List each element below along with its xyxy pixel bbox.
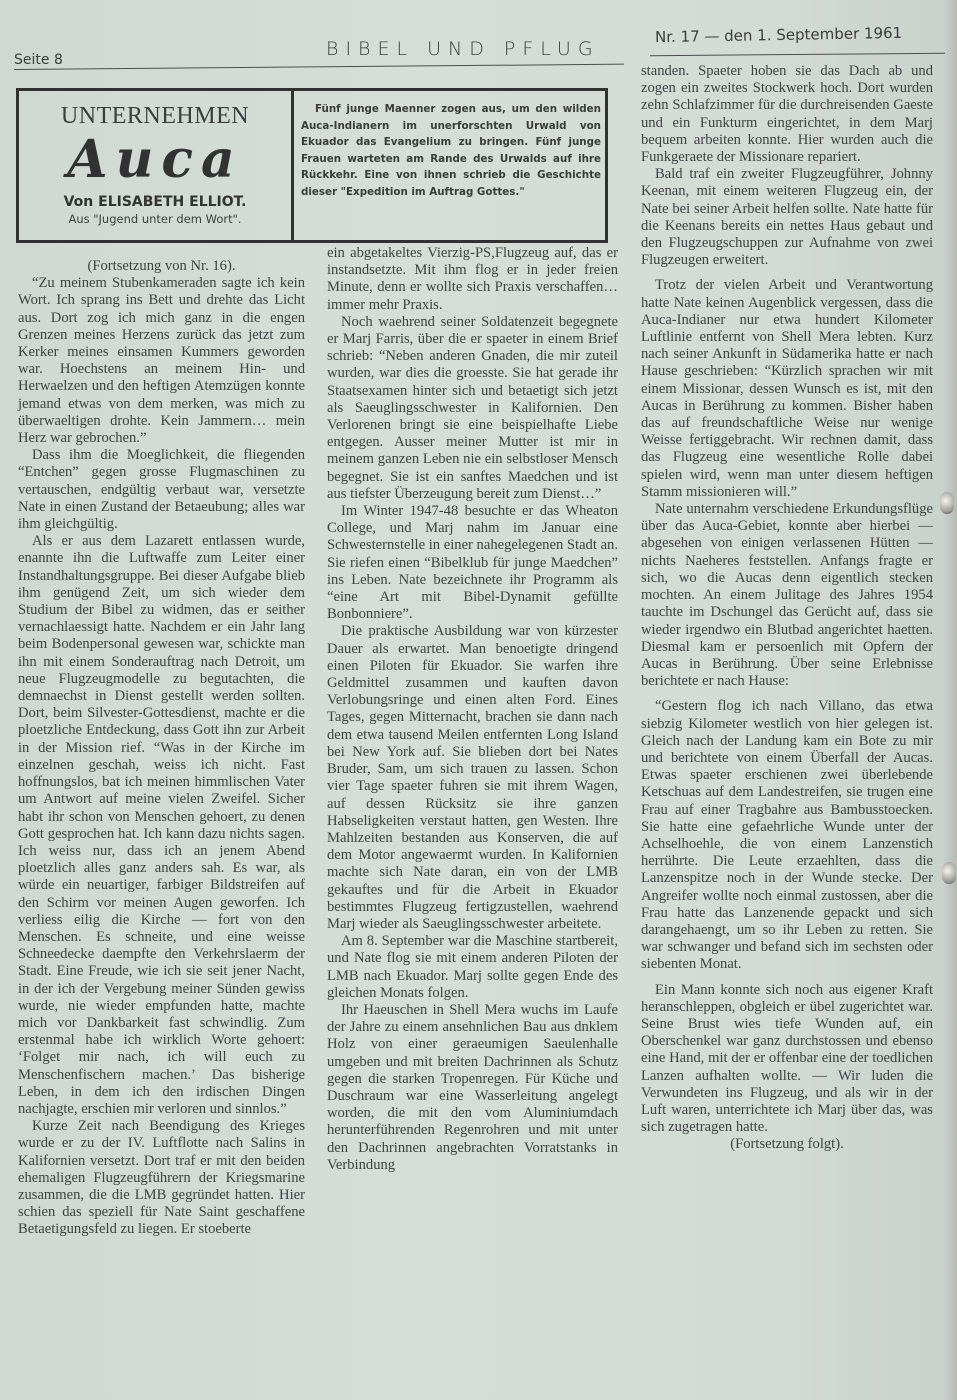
paragraph: Kurze Zeit nach Beendigung des Krieges w… [18, 1118, 305, 1238]
paragraph: Als er aus dem Lazarett entlassen wurde,… [18, 533, 305, 1118]
paragraph: Noch waehrend seiner Soldatenzeit begegn… [327, 314, 618, 503]
paragraph: Die praktische Ausbildung war von kürzes… [327, 623, 618, 933]
newspaper-page: Seite 8 BIBEL UND PFLUG Nr. 17 — den 1. … [0, 0, 957, 1400]
column-1: (Fortsetzung von Nr. 16). “Zu meinem Stu… [18, 258, 305, 1239]
paragraph: Im Winter 1947-48 besuchte er das Wheato… [327, 503, 618, 623]
header-rule-right [650, 53, 945, 57]
continuation-note: (Fortsetzung von Nr. 16). [18, 258, 305, 275]
quoted-paragraph: “Gestern flog ich nach Villano, das etwa… [641, 698, 933, 973]
paragraph: ein abgetakeltes Vierzig-PS,Flugzeug auf… [327, 245, 618, 314]
article-title-box: UNTERNEHMEN Auca Von ELISABETH ELLIOT. A… [16, 88, 608, 243]
page-edge-shadow [943, 0, 957, 1400]
article-summary: Fünf junge Maenner zogen aus, um den wil… [301, 91, 601, 200]
paragraph: Bald traf ein zweiter Flugzeugführer, Jo… [641, 166, 933, 269]
column-2: ein abgetakeltes Vierzig-PS,Flugzeug auf… [327, 245, 618, 1174]
paragraph: “Zu meinem Stubenkameraden sagte ich kei… [18, 275, 305, 447]
author-byline: Von ELISABETH ELLIOT. [19, 194, 291, 210]
binding-hole-icon [940, 492, 954, 514]
box-divider [291, 91, 294, 240]
paragraph: Nate unternahm verschiedene Erkundungsfl… [641, 501, 933, 690]
column-3: standen. Spaeter hoben sie das Dach ab u… [641, 63, 933, 1154]
article-title: Auca [19, 132, 291, 188]
issue-date: Nr. 17 — den 1. September 1961 [655, 24, 902, 46]
paragraph: standen. Spaeter hoben sie das Dach ab u… [641, 63, 933, 166]
paragraph: Dass ihm die Moeglichkeit, die fliegende… [18, 447, 305, 533]
binding-hole-icon [942, 862, 956, 884]
title-block: UNTERNEHMEN Auca Von ELISABETH ELLIOT. A… [19, 91, 291, 240]
page-number: Seite 8 [14, 52, 63, 68]
paragraph: Ihr Haeuschen in Shell Mera wuchs im Lau… [327, 1002, 618, 1174]
publication-title: BIBEL UND PFLUG [326, 38, 600, 60]
paragraph: Ein Mann konnte sich noch aus eigener Kr… [641, 982, 933, 1137]
title-kicker: UNTERNEHMEN [19, 103, 291, 130]
header-rule [14, 64, 624, 70]
to-be-continued-note: (Fortsetzung folgt). [641, 1136, 933, 1153]
paragraph: Am 8. September war die Maschine startbe… [327, 933, 618, 1002]
paragraph: Trotz der vielen Arbeit und Verantwortun… [641, 277, 933, 501]
source-credit: Aus "Jugend unter dem Wort". [19, 212, 291, 226]
